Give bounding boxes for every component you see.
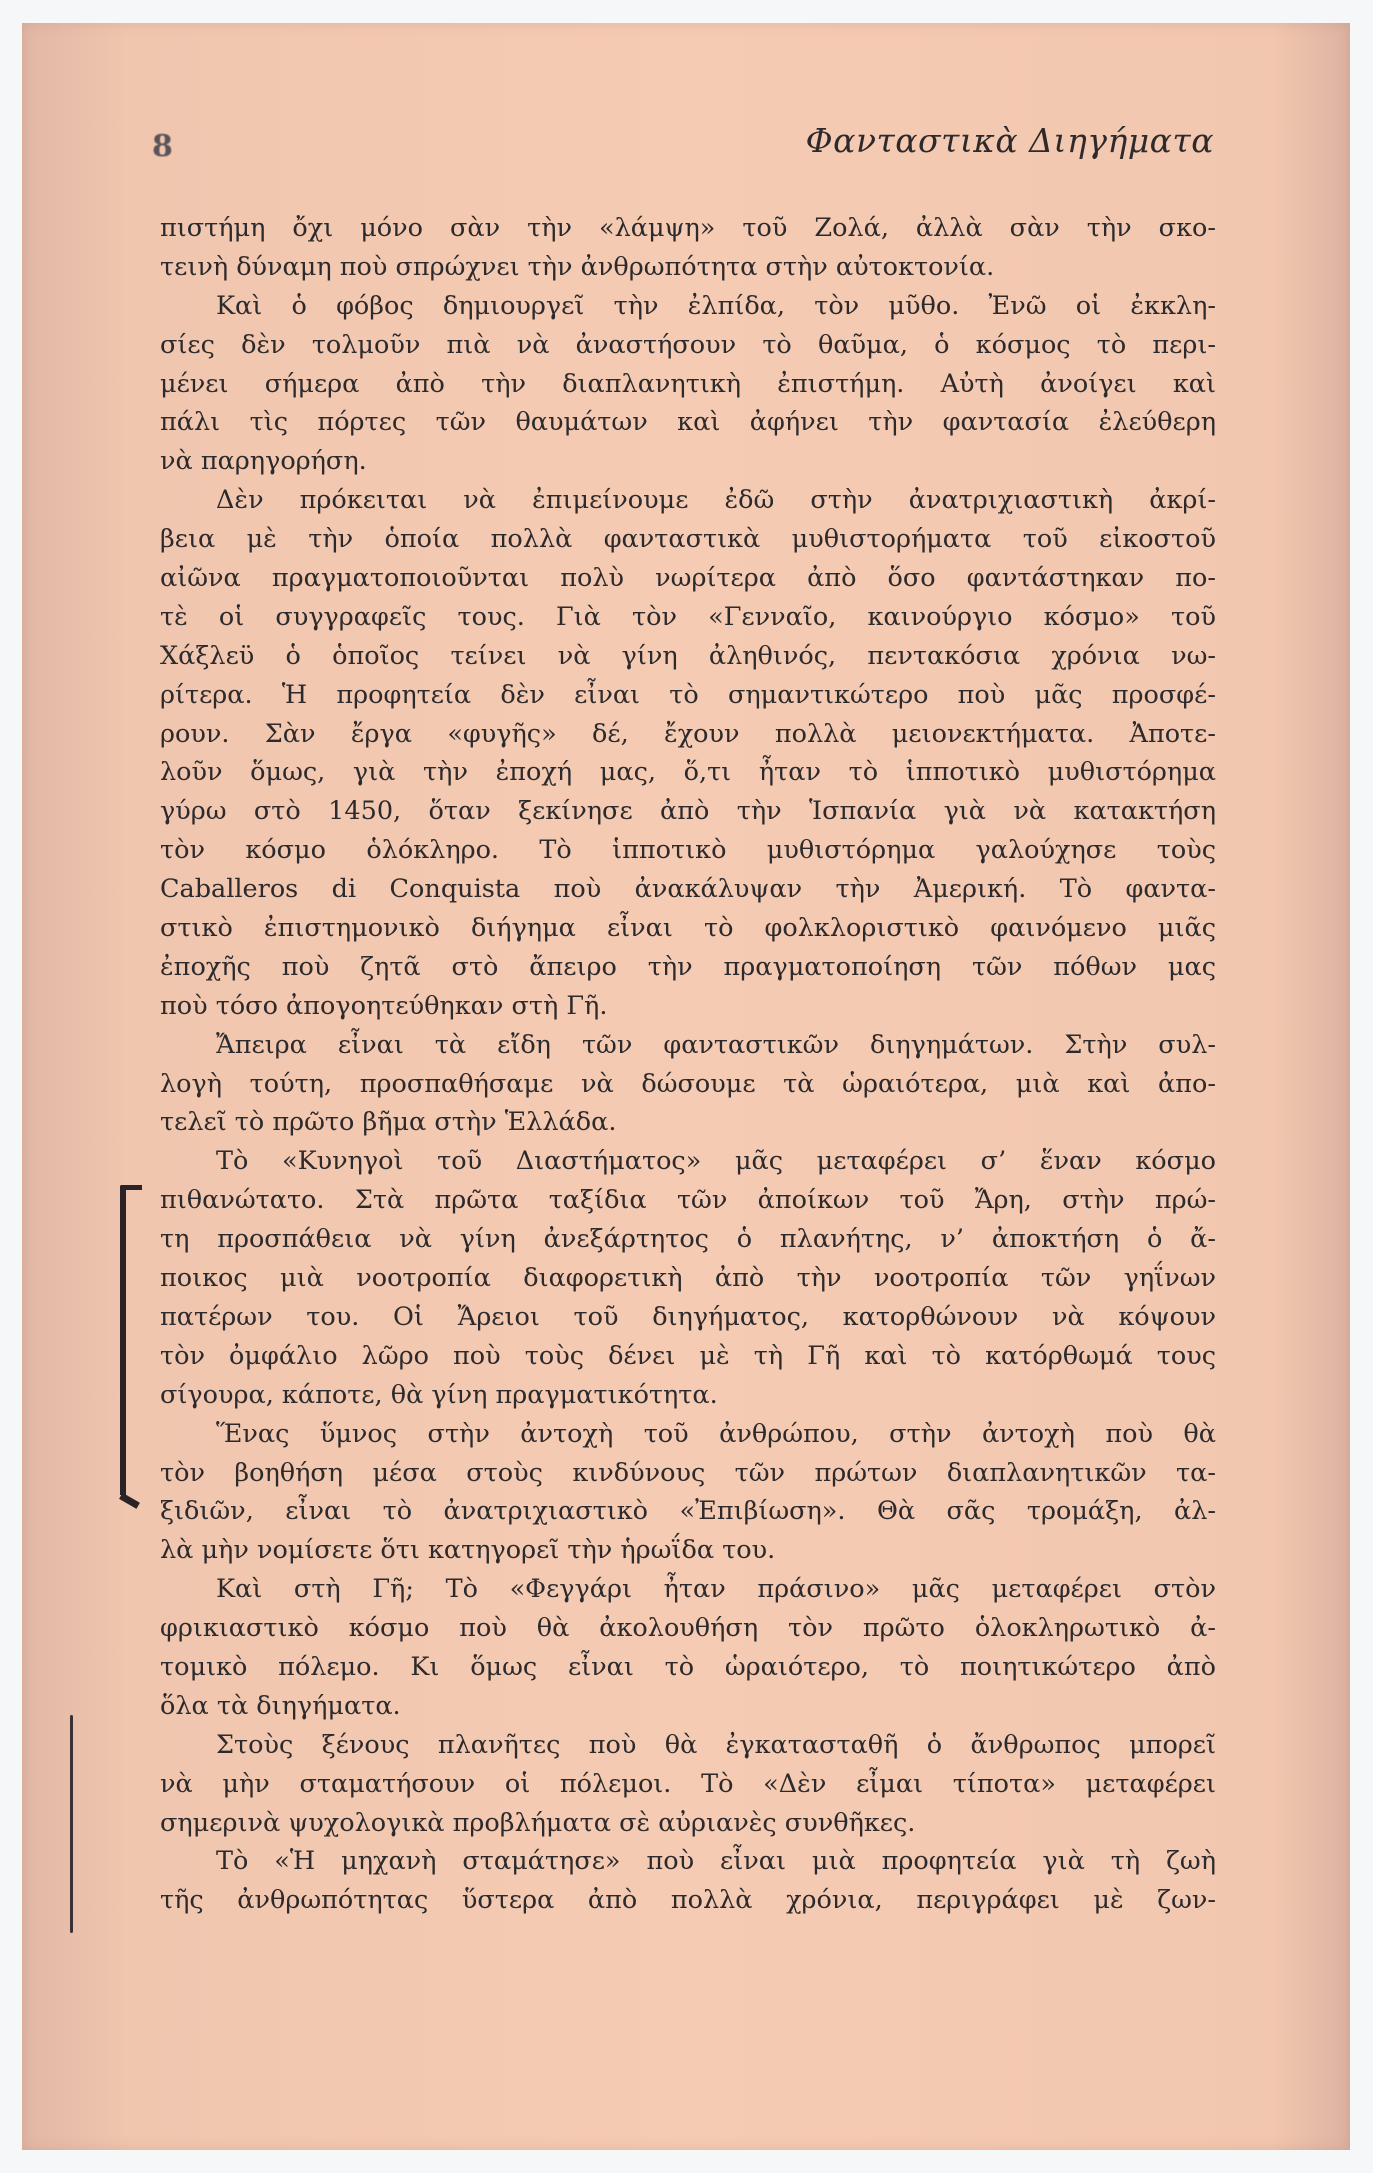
- text-line: Χάξλεϋ ὁ ὁποῖος τείνει νὰ γίνη ἀληθινός,…: [160, 637, 1216, 676]
- text-line: βεια μὲ τὴν ὁποία πολλὰ φανταστικὰ μυθισ…: [160, 520, 1216, 559]
- text-line: πάλι τὶς πόρτες τῶν θαυμάτων καὶ ἀφήνει …: [160, 403, 1216, 442]
- text-line: τὸν κόσμο ὁλόκληρο. Τὸ ἱπποτικὸ μυθιστόρ…: [160, 831, 1216, 870]
- text-line: ξιδιῶν, εἶναι τὸ ἀνατριχιαστικὸ «Ἐπιβίωσ…: [160, 1492, 1216, 1531]
- text-line: ὅλα τὰ διηγήματα.: [160, 1687, 1216, 1726]
- body-text: πιστήμη ὄχι μόνο σὰν τὴν «λάμψη» τοῦ Ζολ…: [160, 209, 1216, 1920]
- text-line: ρίτερα. Ἡ προφητεία δὲν εἶναι τὸ σημαντι…: [160, 676, 1216, 715]
- running-head-title: Φανταστικὰ Διηγήματα: [806, 121, 1214, 160]
- text-line: στικὸ ἐπιστημονικὸ διήγημα εἶναι τὸ φολκ…: [160, 909, 1216, 948]
- text-line: Τὸ «Ἡ μηχανὴ σταμάτησε» ποὺ εἶναι μιὰ πρ…: [160, 1842, 1216, 1881]
- text-line: τὲ οἱ συγγραφεῖς τους. Γιὰ τὸν «Γενναῖο,…: [160, 598, 1216, 637]
- text-line: μένει σήμερα ἀπὸ τὴν διαπλανητικὴ ἐπιστή…: [160, 365, 1216, 404]
- text-line: νὰ μὴν σταματήσουν οἱ πόλεμοι. Τὸ «Δὲν ε…: [160, 1765, 1216, 1804]
- text-line: Caballeros di Conquista ποὺ ἀνακάλυψαν τ…: [160, 870, 1216, 909]
- text-line: λοῦν ὅμως, γιὰ τὴν ἐποχή μας, ὅ,τι ἦταν …: [160, 753, 1216, 792]
- text-line: γύρω στὸ 1450, ὅταν ξεκίνησε ἀπὸ τὴν Ἱσπ…: [160, 792, 1216, 831]
- text-line: τεινὴ δύναμη ποὺ σπρώχνει τὴν ἀνθρωπότητ…: [160, 248, 1216, 287]
- text-line: Δὲν πρόκειται νὰ ἐπιμείνουμε ἐδῶ στὴν ἀν…: [160, 481, 1216, 520]
- text-line: ρουν. Σὰν ἔργα «φυγῆς» δέ, ἔχουν πολλὰ μ…: [160, 715, 1216, 754]
- text-line: πατέρων του. Οἱ Ἄρειοι τοῦ διηγήματος, κ…: [160, 1298, 1216, 1337]
- text-line: λὰ μὴν νομίσετε ὅτι κατηγορεῖ τὴν ἡρωΐδα…: [160, 1531, 1216, 1570]
- text-line: Στοὺς ξένους πλανῆτες ποὺ θὰ ἐγκατασταθῆ…: [160, 1726, 1216, 1765]
- text-line: ἐποχῆς ποὺ ζητᾶ στὸ ἄπειρο τὴν πραγματοπ…: [160, 948, 1216, 987]
- handwritten-bracket-mark: [120, 1185, 142, 1495]
- text-line: τη προσπάθεια νὰ γίνη ἀνεξάρτητος ὁ πλαν…: [160, 1220, 1216, 1259]
- text-line: φρικιαστικὸ κόσμο ποὺ θὰ ἀκολουθήση τὸν …: [160, 1609, 1216, 1648]
- text-line: πιστήμη ὄχι μόνο σὰν τὴν «λάμψη» τοῦ Ζολ…: [160, 209, 1216, 248]
- text-line: τῆς ἀνθρωπότητας ὕστερα ἀπὸ πολλὰ χρόνια…: [160, 1881, 1216, 1920]
- text-line: σίγουρα, κάποτε, θὰ γίνη πραγματικότητα.: [160, 1376, 1216, 1415]
- text-line: Καὶ ὁ φόβος δημιουργεῖ τὴν ἐλπίδα, τὸν μ…: [160, 287, 1216, 326]
- text-line: τὸν βοηθήση μέσα στοὺς κινδύνους τῶν πρώ…: [160, 1454, 1216, 1493]
- text-line: λογὴ τούτη, προσπαθήσαμε νὰ δώσουμε τὰ ὡ…: [160, 1065, 1216, 1104]
- text-line: νὰ παρηγορήση.: [160, 442, 1216, 481]
- text-line: τὸν ὀμφάλιο λῶρο ποὺ τοὺς δένει μὲ τὴ Γῆ…: [160, 1337, 1216, 1376]
- handwritten-margin-line: [70, 1715, 73, 1933]
- text-line: Τὸ «Κυνηγοὶ τοῦ Διαστήματος» μᾶς μεταφέρ…: [160, 1142, 1216, 1181]
- book-page: 8 Φανταστικὰ Διηγήματα πιστήμη ὄχι μόνο …: [22, 23, 1350, 2150]
- text-line: ποικος μιὰ νοοτροπία διαφορετικὴ ἀπὸ τὴν…: [160, 1259, 1216, 1298]
- text-line: σημερινὰ ψυχολογικὰ προβλήματα σὲ αὐριαν…: [160, 1804, 1216, 1843]
- text-line: Ἕνας ὕμνος στὴν ἀντοχὴ τοῦ ἀνθρώπου, στὴ…: [160, 1415, 1216, 1454]
- text-line: Καὶ στὴ Γῆ; Τὸ «Φεγγάρι ἦταν πράσινο» μᾶ…: [160, 1570, 1216, 1609]
- text-line: τελεῖ τὸ πρῶτο βῆμα στὴν Ἑλλάδα.: [160, 1103, 1216, 1142]
- text-line: σίες δὲν τολμοῦν πιὰ νὰ ἀναστήσουν τὸ θα…: [160, 326, 1216, 365]
- text-line: Ἄπειρα εἶναι τὰ εἴδη τῶν φανταστικῶν διη…: [160, 1026, 1216, 1065]
- page-number: 8: [152, 129, 173, 164]
- text-line: τομικὸ πόλεμο. Κι ὅμως εἶναι τὸ ὡραιότερ…: [160, 1648, 1216, 1687]
- text-line: πιθανώτατο. Στὰ πρῶτα ταξίδια τῶν ἀποίκω…: [160, 1181, 1216, 1220]
- text-line: ποὺ τόσο ἀπογοητεύθηκαν στὴ Γῆ.: [160, 987, 1216, 1026]
- text-line: αἰῶνα πραγματοποιοῦνται πολὺ νωρίτερα ἀπ…: [160, 559, 1216, 598]
